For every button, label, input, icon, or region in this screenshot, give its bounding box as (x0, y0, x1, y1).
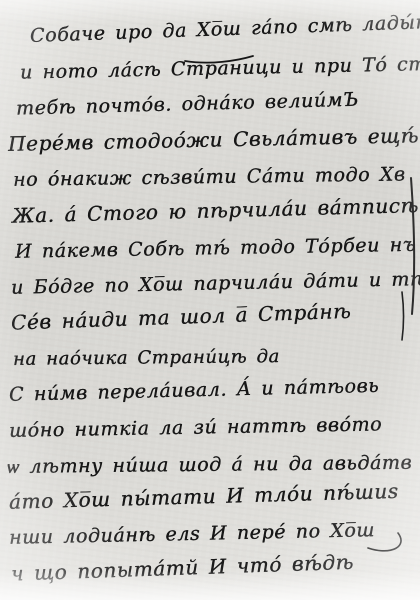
handwritten-text-block: Собаче иро да Хо̅ш га́по смѣ лады́тй и н… (0, 20, 420, 593)
manuscript-page: Собаче иро да Хо̅ш га́по смѣ лады́тй и н… (0, 0, 420, 600)
manuscript-line: Пере́мв стодоо́жи Свьла́тивъ ещѣ́ (0, 119, 420, 164)
manuscript-line: шо́но ниткіа ла зи́ наттѣ вво́то (0, 406, 420, 449)
